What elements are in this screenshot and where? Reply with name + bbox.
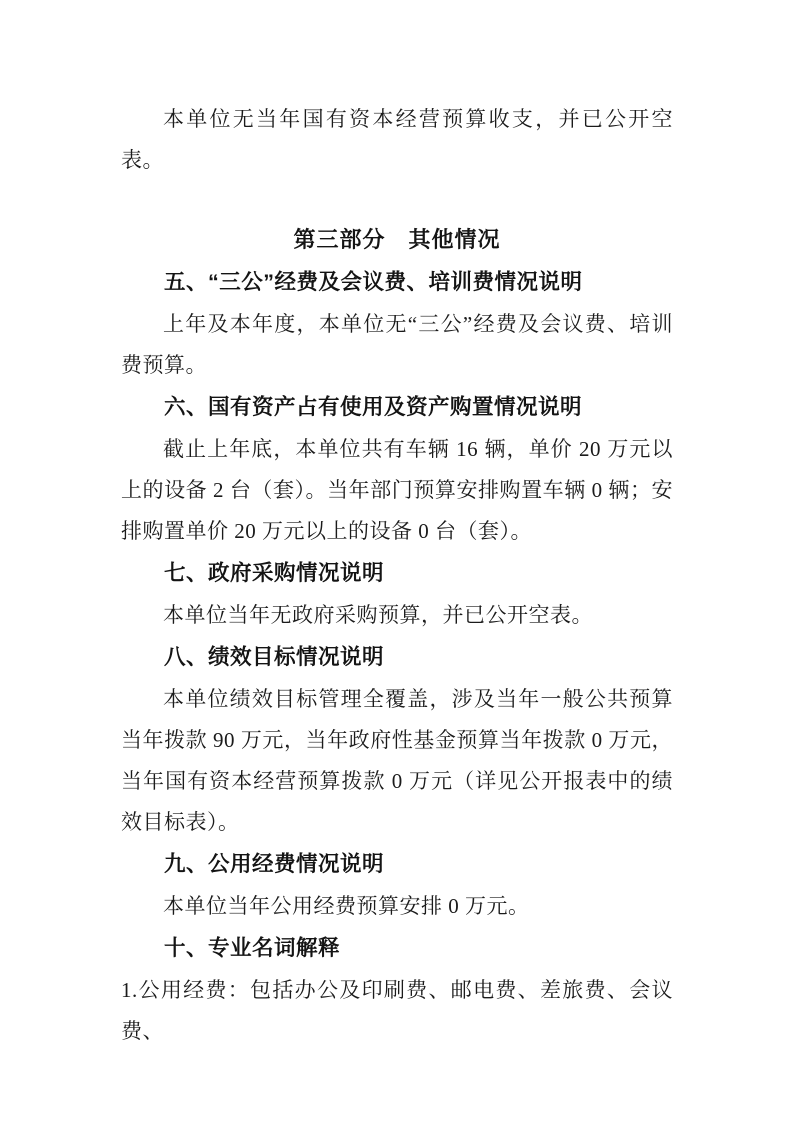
section-heading-seven: 七、政府采购情况说明 [121,552,673,595]
section-body-nine: 本单位当年公用经费预算安排 0 万元。 [121,886,673,927]
intro-paragraph: 本单位无当年国有资本经营预算收支，并已公开空表。 [121,99,673,181]
section-heading-ten: 十、专业名词解释 [121,927,673,970]
section-heading-nine: 九、公用经费情况说明 [121,843,673,886]
section-body-five: 上年及本年度，本单位无“三公”经费及会议费、培训费预算。 [121,304,673,386]
section-heading-six: 六、国有资产占有使用及资产购置情况说明 [121,386,673,429]
section-body-six: 截止上年底，本单位共有车辆 16 辆，单价 20 万元以上的设备 2 台（套）。… [121,429,673,552]
part-heading: 第三部分 其他情况 [121,218,673,261]
glossary-item-public-funds: 1.公用经费：包括办公及印刷费、邮电费、差旅费、会议费、 [121,970,673,1052]
section-body-seven: 本单位当年无政府采购预算，并已公开空表。 [121,595,673,636]
section-heading-eight: 八、绩效目标情况说明 [121,636,673,679]
document-page: 本单位无当年国有资本经营预算收支，并已公开空表。 第三部分 其他情况 五、“三公… [0,0,793,1122]
section-heading-five: 五、“三公”经费及会议费、培训费情况说明 [121,261,673,304]
section-body-eight: 本单位绩效目标管理全覆盖，涉及当年一般公共预算当年拨款 90 万元，当年政府性基… [121,679,673,843]
